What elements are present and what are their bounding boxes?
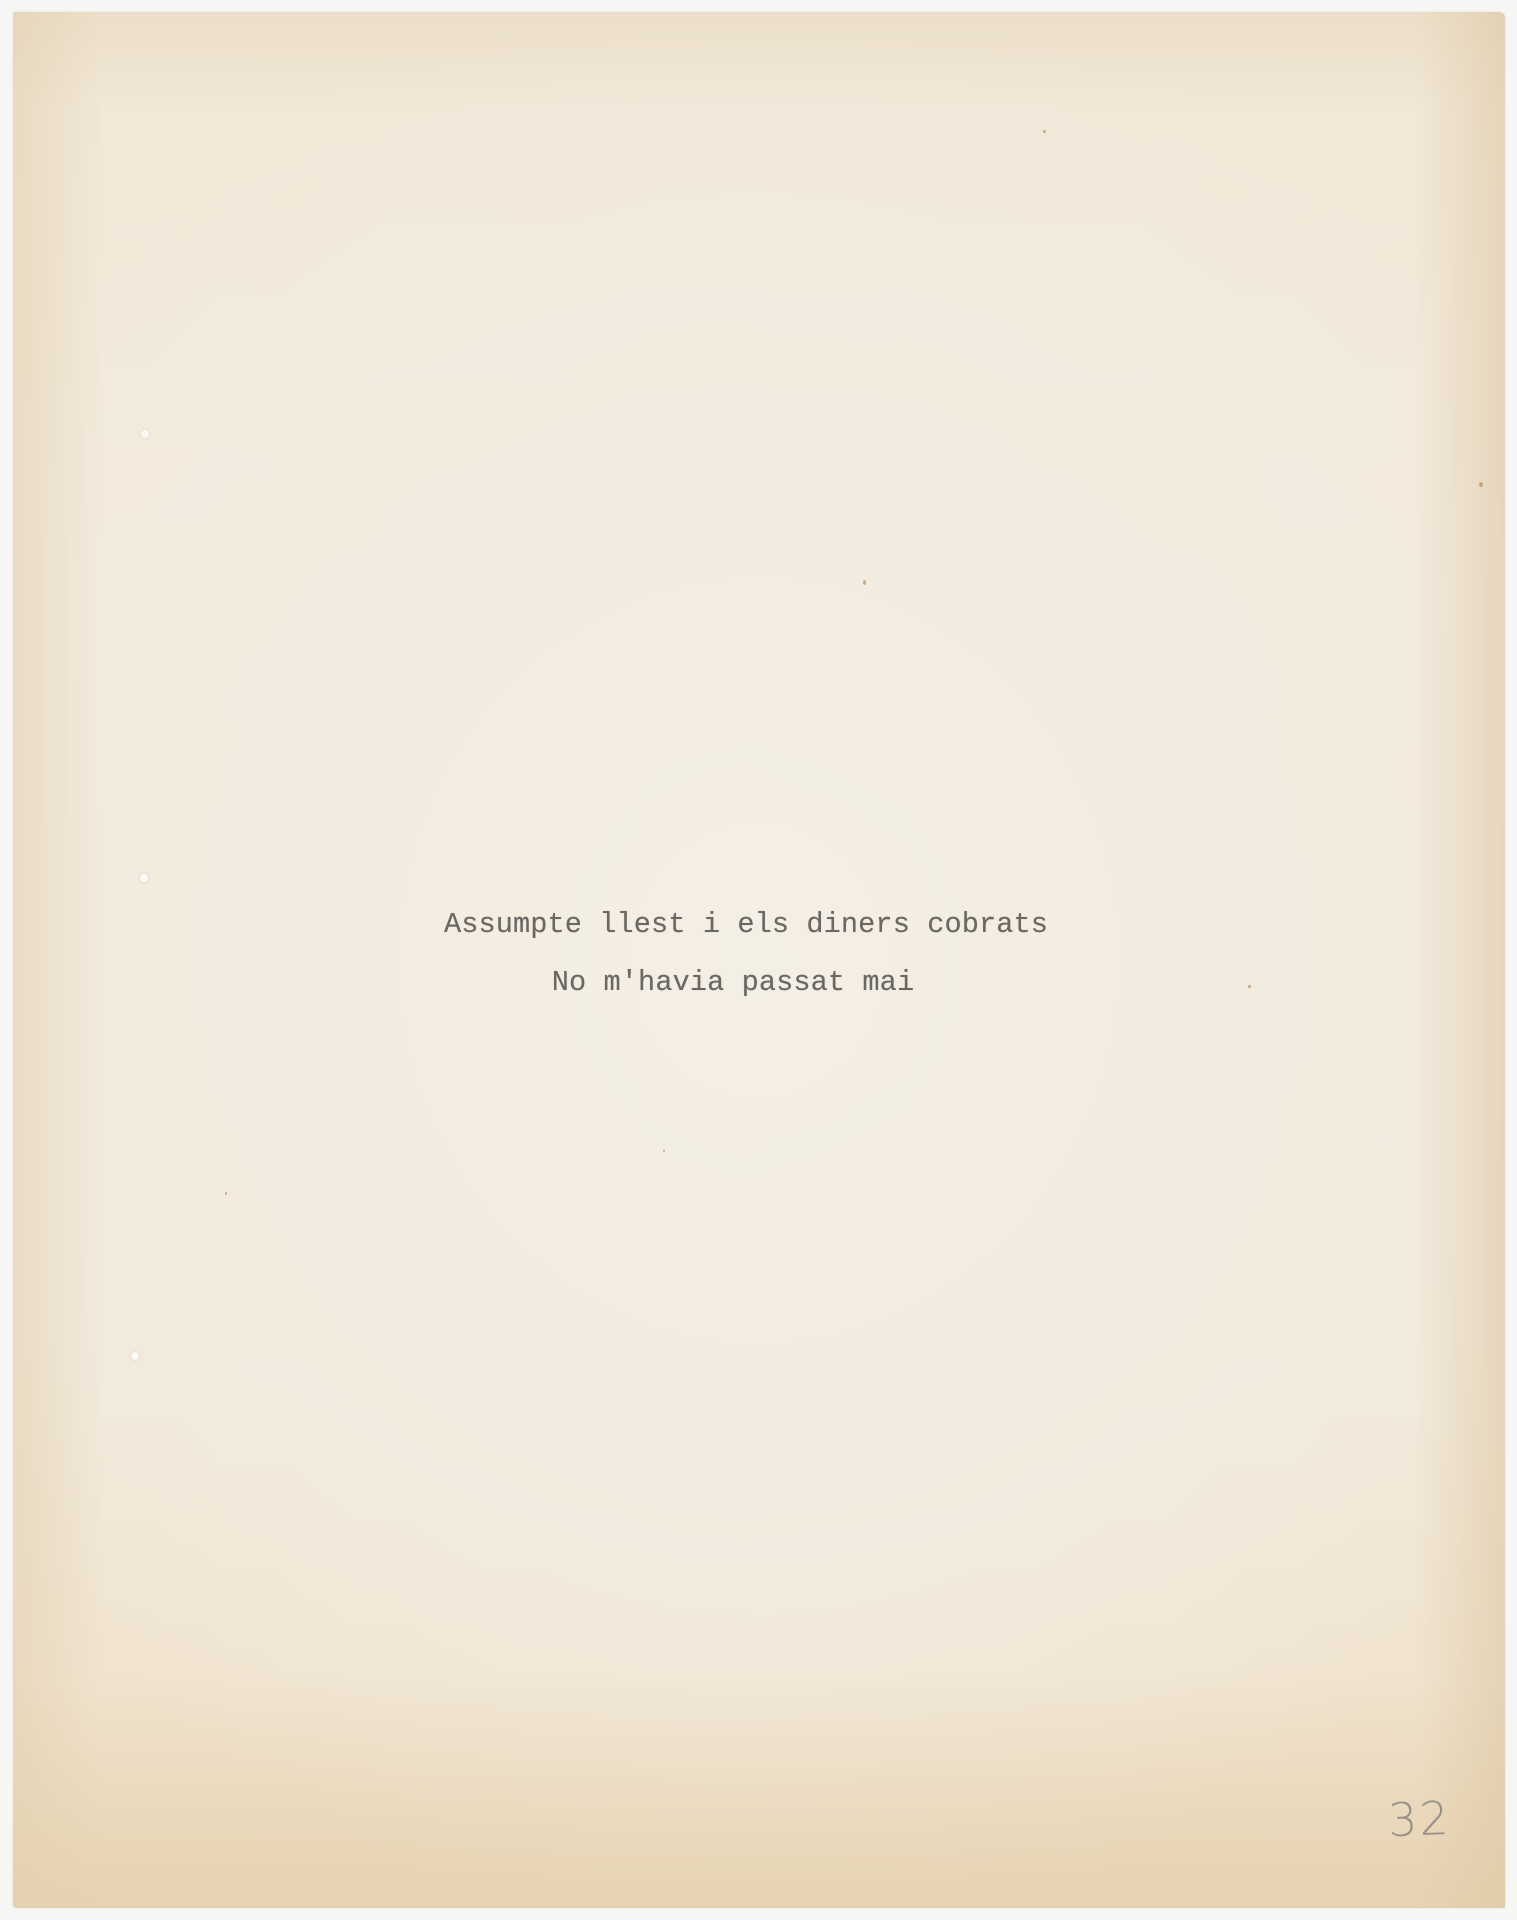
- scanned-document: Assumpte llest i els diners cobrats No m…: [0, 0, 1517, 1920]
- paper-hole-mark: [140, 874, 148, 882]
- paper-hole-mark: [141, 430, 149, 438]
- paper-speck: [863, 580, 866, 585]
- paper-speck: [663, 1150, 665, 1152]
- typed-line-2: No m'havia passat mai: [0, 966, 1479, 999]
- paper-hole-mark: [131, 1352, 139, 1360]
- handwritten-page-number: 32: [1387, 1791, 1451, 1847]
- typed-line-1: Assumpte llest i els diners cobrats: [0, 908, 1492, 941]
- paper-speck: [1479, 482, 1483, 487]
- paper-speck: [1043, 130, 1046, 133]
- paper-speck: [225, 1192, 227, 1195]
- paper-sheet: Assumpte llest i els diners cobrats No m…: [13, 12, 1505, 1908]
